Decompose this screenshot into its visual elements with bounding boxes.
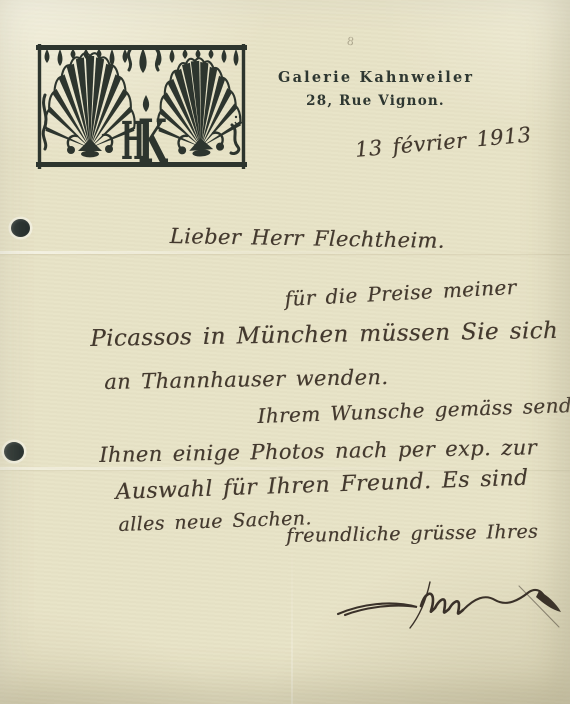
handwritten-date: 13 février 1913 bbox=[354, 123, 532, 162]
body-line: Picassos in München müssen Sie sich bbox=[90, 318, 558, 352]
svg-text:K: K bbox=[138, 107, 168, 170]
salutation: Lieber Herr Flechtheim. bbox=[170, 224, 445, 253]
punch-hole bbox=[4, 442, 24, 461]
closing-line: freundliche grüsse Ihres bbox=[286, 521, 538, 547]
horizontal-fold-crease bbox=[0, 251, 570, 254]
gallery-name: Galerie Kahnweiler bbox=[278, 69, 473, 86]
gallery-address: 28, Rue Vignon. bbox=[278, 93, 473, 109]
letter-page: HK Galerie Kahnweiler 28, Rue Vignon. 8 … bbox=[0, 0, 570, 704]
body-line: Ihrem Wunsche gemäss sende bbox=[257, 393, 570, 428]
faint-stamp-mark: 8 bbox=[346, 35, 355, 49]
signature-flourish bbox=[333, 570, 567, 632]
letterhead: Galerie Kahnweiler 28, Rue Vignon. bbox=[278, 69, 473, 109]
body-line: alles neue Sachen. bbox=[118, 507, 312, 536]
body-line: Ihnen einige Photos nach per exp. zur bbox=[99, 435, 537, 467]
gallery-logo-woodcut-shells-icon: HK bbox=[35, 43, 248, 170]
body-line: Auswahl für Ihren Freund. Es sind bbox=[115, 466, 529, 505]
body-line: an Thannhauser wenden. bbox=[104, 365, 388, 394]
punch-hole bbox=[11, 219, 30, 237]
vertical-fold-crease bbox=[291, 540, 293, 704]
body-line: für die Preise meiner bbox=[284, 275, 517, 311]
